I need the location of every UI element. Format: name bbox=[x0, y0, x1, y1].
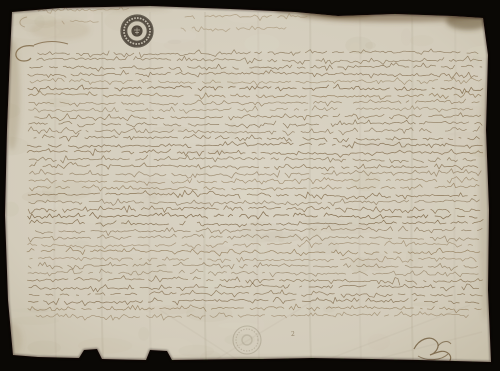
photograph-of-parchment-deed: 2 bbox=[0, 0, 500, 371]
parchment-sheet: 2 bbox=[0, 0, 500, 371]
deed-image: 2 bbox=[0, 0, 500, 371]
library-stamp bbox=[121, 15, 153, 47]
small-numeral: 2 bbox=[291, 331, 295, 338]
